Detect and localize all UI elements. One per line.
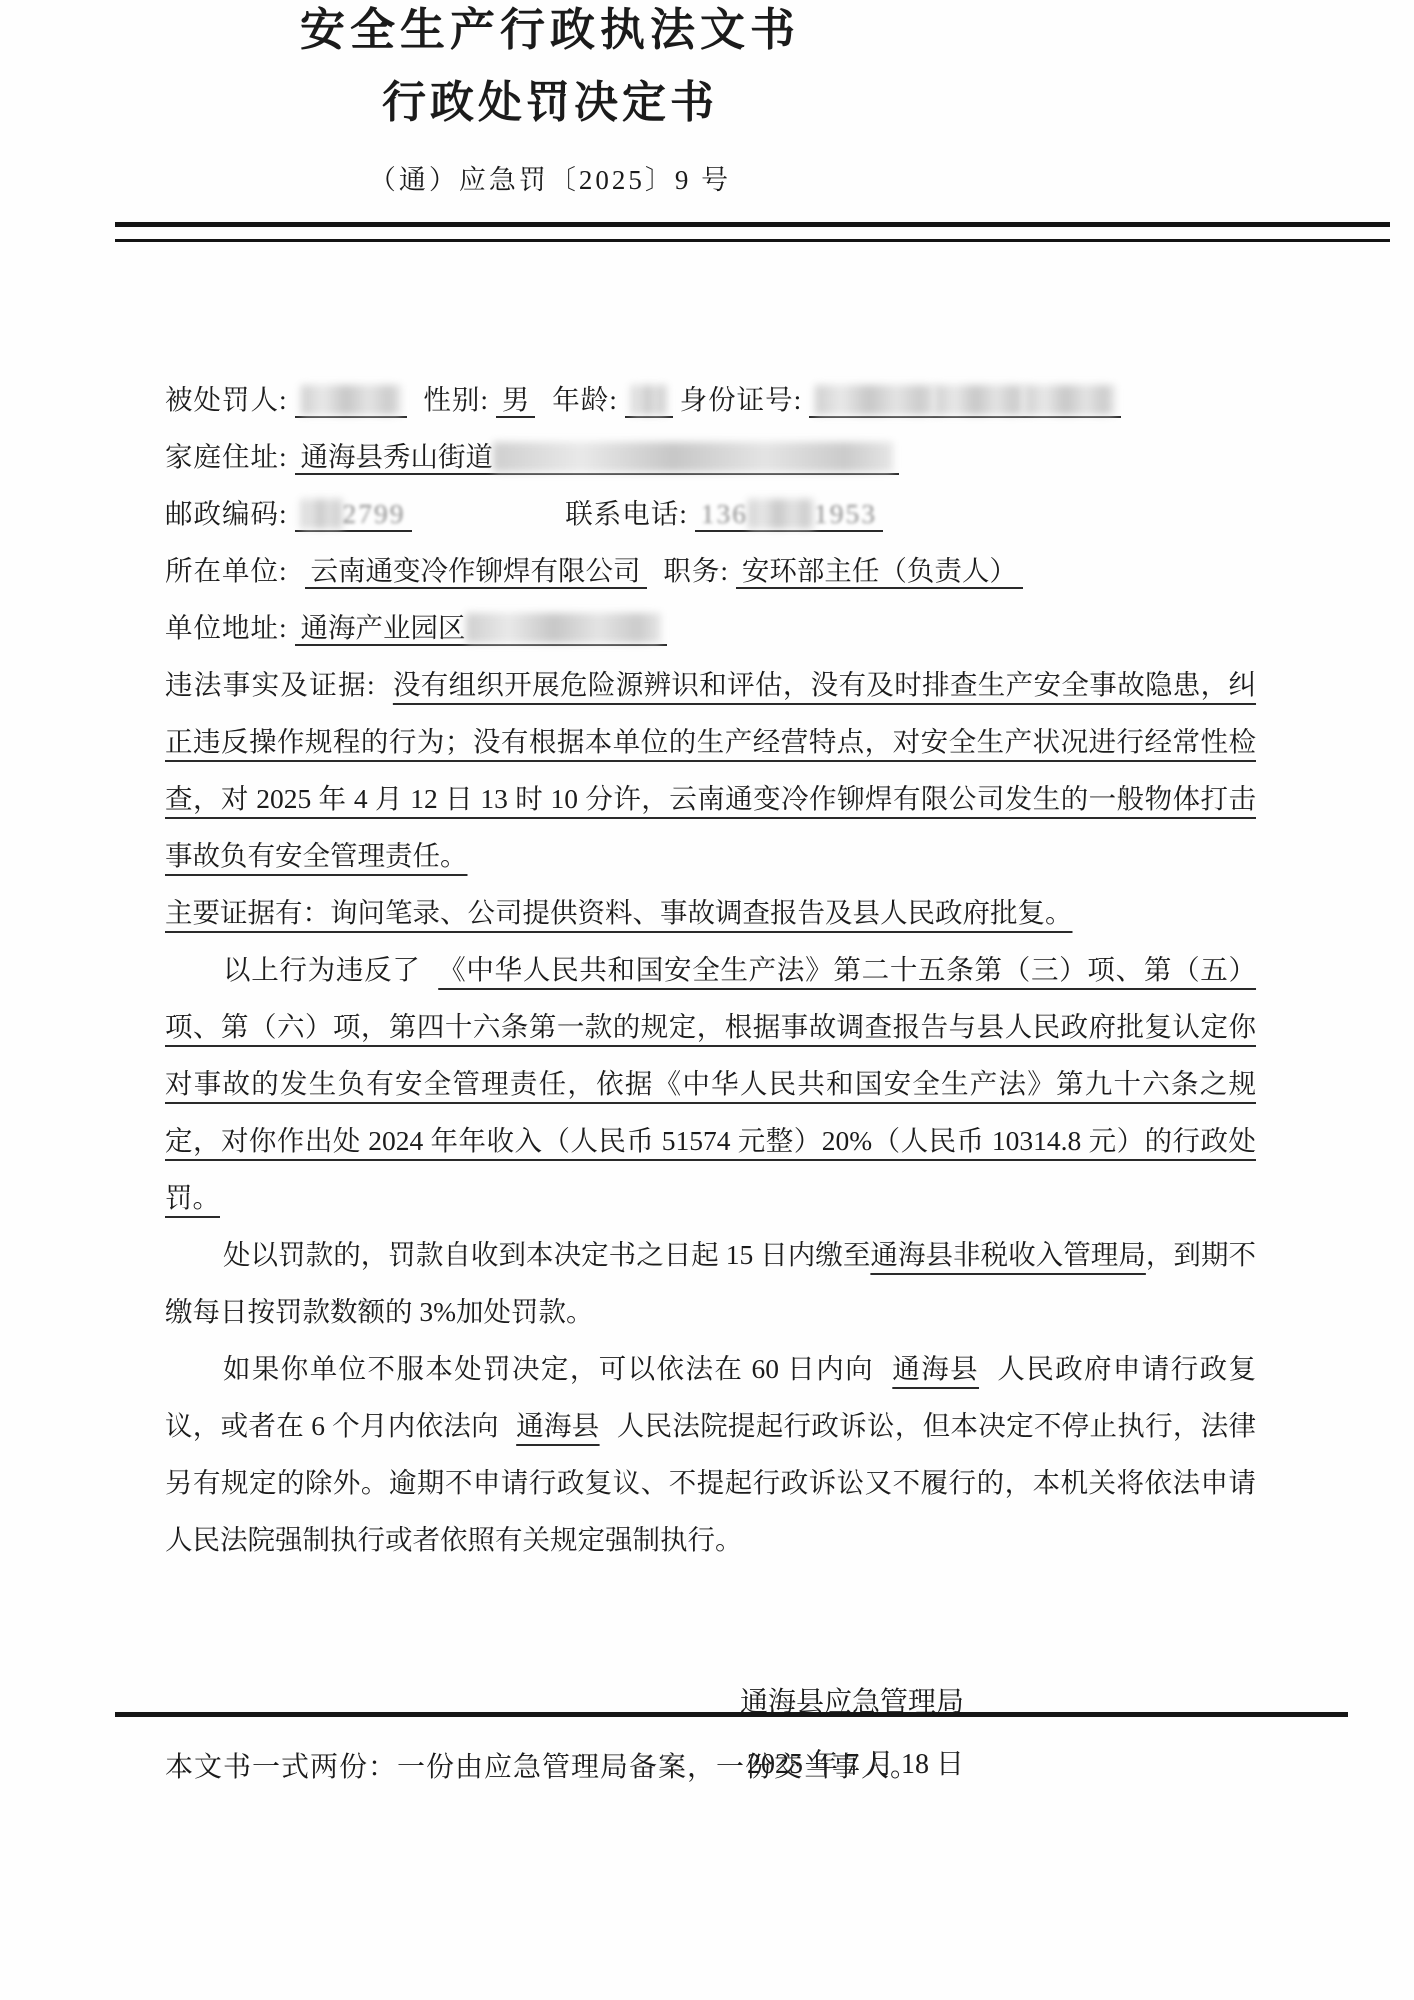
phone-hint-start: 136 — [701, 498, 748, 529]
phone-value: 1361953 — [695, 498, 883, 532]
violation-intro: 以上行为违反了 — [223, 954, 421, 985]
title-double-divider — [115, 222, 1390, 242]
position-value: 安环部主任（负责人） — [736, 555, 1023, 589]
redacted-postal-prefix — [301, 499, 343, 529]
doc-title: 行政处罚决定书 — [150, 74, 950, 132]
footer-note: 本文书一式两份：一份由应急管理局备案，一份交当事人。 — [115, 1745, 1348, 1785]
home-address-value: 通海县秀山街道 — [295, 441, 900, 475]
footer: 本文书一式两份：一份由应急管理局备案，一份交当事人。 — [115, 1712, 1348, 1785]
postal-code-value: 2799 — [295, 498, 412, 532]
footer-divider — [115, 1712, 1348, 1717]
series-title: 安全生产行政执法文书 — [150, 0, 950, 60]
redacted-id-part — [935, 385, 1025, 415]
gender-label: 性别: — [423, 384, 489, 415]
phone-hint-end: 1953 — [814, 498, 877, 529]
gender-value: 男 — [496, 384, 536, 418]
appeal-paragraph: 如果你单位不服本处罚决定，可以依法在 60 日内向 通海县 人民政府申请行政复议… — [165, 1340, 1256, 1568]
redacted-id-part — [815, 385, 935, 415]
age-value — [625, 384, 673, 418]
phone-label: 联系电话: — [565, 498, 688, 529]
postal-code-hint: 2799 — [343, 498, 406, 529]
penalty-decision-document: 安全生产行政执法文书 行政处罚决定书 （通）应急罚〔2025〕9 号 被处罚人:… — [0, 0, 1414, 2000]
field-row-employer: 所在单位: 云南通变冷作铆焊有限公司 职务: 安环部主任（负责人） — [165, 542, 1256, 599]
punished-person-label: 被处罚人: — [165, 384, 288, 415]
redacted-name — [301, 385, 401, 415]
payment-text-1: 处以罚款的，罚款自收到本决定书之日起 15 日内缴至 — [223, 1239, 870, 1270]
evidence-text: 主要证据有：询问笔录、公司提供资料、事故调查报告及县人民政府批复。 — [165, 897, 1073, 928]
postal-code-label: 邮政编码: — [165, 498, 288, 529]
id-number-label: 身份证号: — [680, 384, 803, 415]
violation-text: 《中华人民共和国安全生产法》第二十五条第（三）项、第（五）项、第（六）项，第四十… — [165, 954, 1256, 1213]
unit-address-value: 通海产业园区 — [295, 612, 667, 646]
doc-number: （通）应急罚〔2025〕9 号 — [150, 158, 950, 197]
redacted-id-part — [1025, 385, 1115, 415]
redacted-phone-middle — [748, 499, 814, 529]
field-row-unit-address: 单位地址: 通海产业园区 — [165, 599, 1256, 656]
payment-agency-underlined: 通海县非税收入管理局 — [870, 1239, 1145, 1270]
appeal-county-underlined-2: 通海县 — [516, 1410, 599, 1441]
field-row-person: 被处罚人: 性别: 男 年龄: 身份证号: — [165, 371, 1256, 428]
age-label: 年龄: — [552, 384, 618, 415]
evidence-line: 主要证据有：询问笔录、公司提供资料、事故调查报告及县人民政府批复。 — [165, 884, 1256, 941]
facts-paragraph: 违法事实及证据: 没有组织开展危险源辨识和评估，没有及时排查生产安全事故隐患，纠… — [165, 656, 1256, 884]
id-number-value — [809, 384, 1121, 418]
info-fields: 被处罚人: 性别: 男 年龄: 身份证号: 家庭住址: 通海县秀山街道 邮政编码… — [165, 371, 1256, 656]
home-address-text: 通海县秀山街道 — [301, 441, 494, 472]
unit-address-label: 单位地址: — [165, 612, 288, 643]
appeal-text-1: 如果你单位不服本处罚决定，可以依法在 60 日内向 — [223, 1353, 874, 1384]
punished-person-value — [295, 384, 407, 418]
home-address-label: 家庭住址: — [165, 441, 288, 472]
field-row-postal-phone: 邮政编码: 2799 联系电话: 1361953 — [165, 485, 1256, 542]
payment-paragraph: 处以罚款的，罚款自收到本决定书之日起 15 日内缴至通海县非税收入管理局，到期不… — [165, 1226, 1256, 1340]
facts-label: 违法事实及证据: — [165, 669, 376, 700]
position-label: 职务: — [663, 555, 729, 586]
redacted-age — [631, 385, 667, 415]
redacted-unit-address — [466, 613, 661, 643]
field-row-home-address: 家庭住址: 通海县秀山街道 — [165, 428, 1256, 485]
appeal-county-underlined-1: 通海县 — [892, 1353, 979, 1384]
violation-paragraph: 以上行为违反了 《中华人民共和国安全生产法》第二十五条第（三）项、第（五）项、第… — [165, 941, 1256, 1226]
unit-address-text: 通海产业园区 — [301, 612, 466, 643]
employer-value: 云南通变冷作铆焊有限公司 — [305, 555, 647, 589]
employer-label: 所在单位: — [165, 555, 288, 586]
redacted-home-address — [493, 442, 893, 472]
